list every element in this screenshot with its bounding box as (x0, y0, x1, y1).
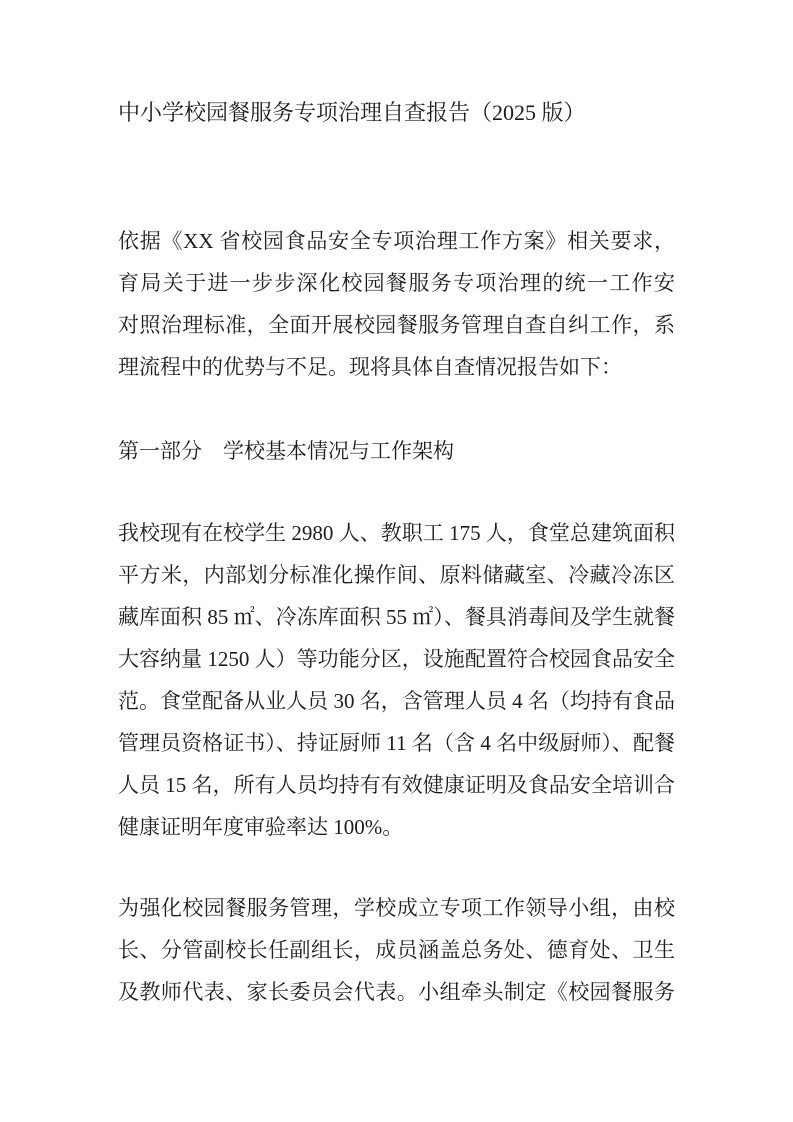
text-line: 育局关于进一步步深化校园餐服务专项治理的统一工作安排，我校严格 (118, 262, 675, 304)
text-line: 为强化校园餐服务管理，学校成立专项工作领导小组，由校长担任组 (118, 887, 675, 929)
text-line: 及教师代表、家长委员会代表。小组牵头制定《校园餐服务管理实施 (118, 971, 675, 1013)
basic-info-paragraph: 我校现有在校学生 2980 人、教职工 175 人，食堂总建筑面积 1420 平… (118, 512, 675, 848)
intro-paragraph: 依据《XX 省校园食品安全专项治理工作方案》相关要求，结合市教 育局关于进一步步… (118, 220, 675, 388)
text-line: 藏库面积 85 ㎡、冷冻库面积 55 ㎡）、餐具消毒间及学生就餐大厅（最 (118, 596, 675, 638)
text-line: 健康证明年度审验率达 100%。 (118, 806, 675, 848)
text-line: 大容纳量 1250 人）等功能分区，设施配置符合校园食品安全管理规 (118, 638, 675, 680)
text-line: 长、分管副校长任副组长，成员涵盖总务处、德育处、卫生室负责人 (118, 929, 675, 971)
text-line: 人员 15 名，所有人员均持有有效健康证明及食品安全培训合格证书， (118, 764, 675, 806)
text-line: 平方米，内部划分标准化操作间、原料储藏室、冷藏冷冻区（其中冷 (118, 554, 675, 596)
text-line: 范。食堂配备从业人员 30 名，含管理人员 4 名（均持有食品安全 (118, 680, 675, 722)
text-line: 理流程中的优势与不足。现将具体自查情况报告如下： (118, 346, 675, 388)
section1-heading: 第一部分 学校基本情况与工作架构 (118, 430, 675, 472)
text-line: 我校现有在校学生 2980 人、教职工 175 人，食堂总建筑面积 1420 (118, 512, 675, 554)
text-line: 依据《XX 省校园食品安全专项治理工作方案》相关要求，结合市教 (118, 220, 675, 262)
text-line: 对照治理标准，全面开展校园餐服务管理自查自纠工作，系统梳理管 (118, 304, 675, 346)
leadership-paragraph: 为强化校园餐服务管理，学校成立专项工作领导小组，由校长担任组 长、分管副校长任副… (118, 887, 675, 1013)
document-page: 中小学校园餐服务专项治理自查报告（2025 版） 依据《XX 省校园食品安全专项… (0, 0, 793, 1122)
document-content: 中小学校园餐服务专项治理自查报告（2025 版） 依据《XX 省校园食品安全专项… (118, 0, 675, 1013)
document-title: 中小学校园餐服务专项治理自查报告（2025 版） (118, 98, 675, 128)
text-line: 管理员资格证书）、持证厨师 11 名（含 4 名中级厨师）、配餐服务 (118, 722, 675, 764)
